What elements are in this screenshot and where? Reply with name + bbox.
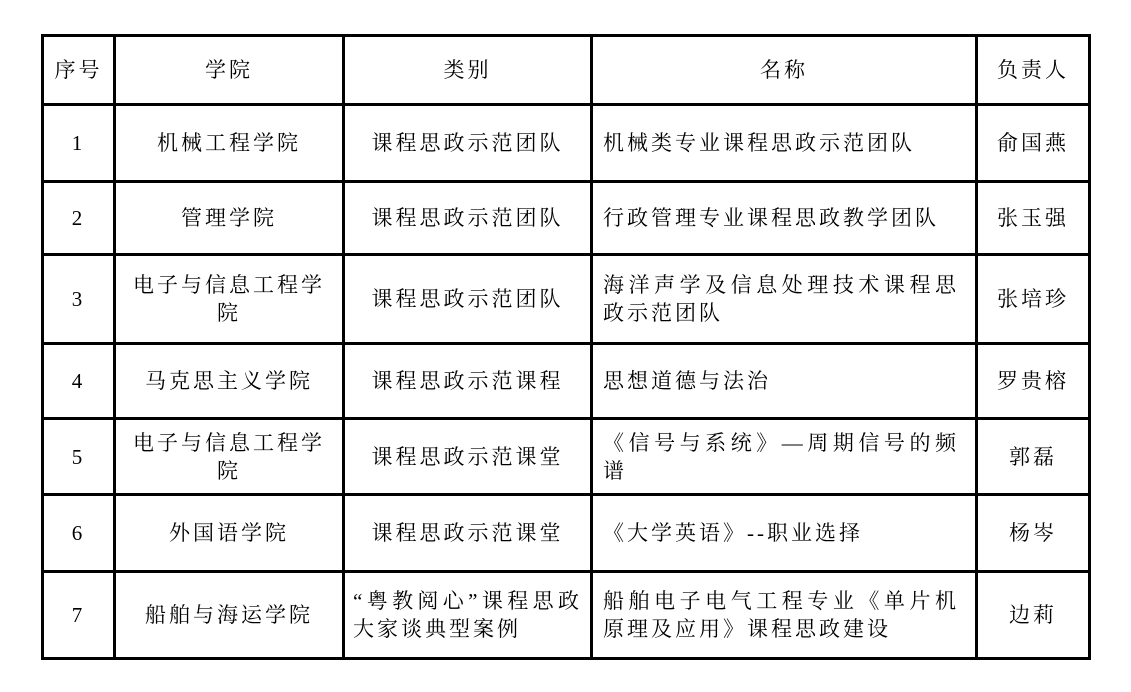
cell-name: 机械类专业课程思政示范团队	[592, 105, 977, 182]
cell-index: 4	[43, 344, 115, 419]
document-page: 序号 学院 类别 名称 负责人 1 机械工程学院 课程思政示范团队 机械类专业课…	[0, 0, 1131, 692]
cell-index: 3	[43, 255, 115, 344]
cell-leader: 张培珍	[977, 255, 1090, 344]
col-header-college: 学院	[115, 36, 344, 105]
col-header-category: 类别	[344, 36, 592, 105]
table-row: 1 机械工程学院 课程思政示范团队 机械类专业课程思政示范团队 俞国燕	[43, 105, 1090, 182]
cell-category: 课程思政示范团队	[344, 182, 592, 255]
cell-category: 课程思政示范团队	[344, 105, 592, 182]
cell-name: 船舶电子电气工程专业《单片机原理及应用》课程思政建设	[592, 572, 977, 659]
cell-leader: 杨岑	[977, 495, 1090, 572]
cell-name: 行政管理专业课程思政教学团队	[592, 182, 977, 255]
cell-index: 6	[43, 495, 115, 572]
table-row: 5 电子与信息工程学院 课程思政示范课堂 《信号与系统》—周期信号的频谱 郭磊	[43, 419, 1090, 495]
cell-college: 电子与信息工程学院	[115, 419, 344, 495]
col-header-name: 名称	[592, 36, 977, 105]
cell-name: 《大学英语》--职业选择	[592, 495, 977, 572]
cell-name: 《信号与系统》—周期信号的频谱	[592, 419, 977, 495]
table-row: 3 电子与信息工程学院 课程思政示范团队 海洋声学及信息处理技术课程思政示范团队…	[43, 255, 1090, 344]
cell-leader: 张玉强	[977, 182, 1090, 255]
cell-college: 外国语学院	[115, 495, 344, 572]
cell-category: 课程思政示范课程	[344, 344, 592, 419]
cell-college: 管理学院	[115, 182, 344, 255]
table-row: 2 管理学院 课程思政示范团队 行政管理专业课程思政教学团队 张玉强	[43, 182, 1090, 255]
cell-college: 船舶与海运学院	[115, 572, 344, 659]
cell-index: 7	[43, 572, 115, 659]
cell-category: 课程思政示范团队	[344, 255, 592, 344]
col-header-leader: 负责人	[977, 36, 1090, 105]
cell-college: 机械工程学院	[115, 105, 344, 182]
cell-name: 思想道德与法治	[592, 344, 977, 419]
table-row: 6 外国语学院 课程思政示范课堂 《大学英语》--职业选择 杨岑	[43, 495, 1090, 572]
col-header-index: 序号	[43, 36, 115, 105]
cell-name: 海洋声学及信息处理技术课程思政示范团队	[592, 255, 977, 344]
cell-leader: 罗贵榕	[977, 344, 1090, 419]
cell-college: 马克思主义学院	[115, 344, 344, 419]
cell-index: 1	[43, 105, 115, 182]
course-ideology-awards-table: 序号 学院 类别 名称 负责人 1 机械工程学院 课程思政示范团队 机械类专业课…	[41, 34, 1091, 660]
cell-index: 2	[43, 182, 115, 255]
table-row: 7 船舶与海运学院 “粤教阅心”课程思政大家谈典型案例 船舶电子电气工程专业《单…	[43, 572, 1090, 659]
cell-leader: 俞国燕	[977, 105, 1090, 182]
cell-category: “粤教阅心”课程思政大家谈典型案例	[344, 572, 592, 659]
table-row: 4 马克思主义学院 课程思政示范课程 思想道德与法治 罗贵榕	[43, 344, 1090, 419]
cell-leader: 边莉	[977, 572, 1090, 659]
cell-category: 课程思政示范课堂	[344, 495, 592, 572]
cell-college: 电子与信息工程学院	[115, 255, 344, 344]
cell-leader: 郭磊	[977, 419, 1090, 495]
cell-index: 5	[43, 419, 115, 495]
header-row: 序号 学院 类别 名称 负责人	[43, 36, 1090, 105]
cell-category: 课程思政示范课堂	[344, 419, 592, 495]
